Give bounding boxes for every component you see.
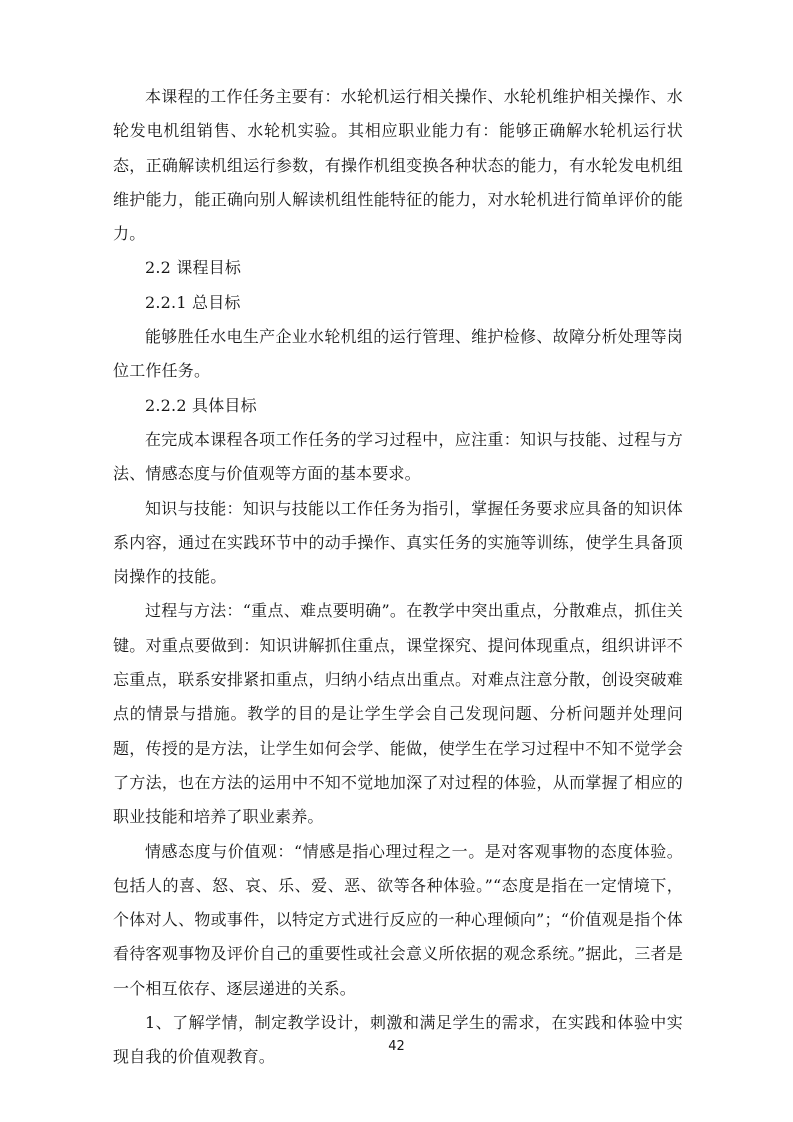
paragraph-knowledge-skills: 知识与技能：知识与技能以工作任务为指引，掌握任务要求应具备的知识体系内容，通过在… — [113, 492, 683, 595]
document-body: 本课程的工作任务主要有：水轮机运行相关操作、水轮机维护相关操作、水轮发电机组销售… — [113, 80, 683, 1075]
paragraph-learning-process: 在完成本课程各项工作任务的学习过程中，应注重：知识与技能、过程与方法、情感态度与… — [113, 423, 683, 492]
paragraph-process-method: 过程与方法：“重点、难点要明确”。在教学中突出重点，分散难点，抓住关键。对重点要… — [113, 594, 683, 834]
paragraph-emotion-values: 情感态度与价值观：“情感是指心理过程之一。是对客观事物的态度体验。包括人的喜、怒… — [113, 835, 683, 1006]
heading-general-objective: 2.2.1 总目标 — [113, 286, 683, 320]
page-number: 42 — [0, 1037, 793, 1057]
heading-specific-objectives: 2.2.2 具体目标 — [113, 389, 683, 423]
paragraph-course-tasks: 本课程的工作任务主要有：水轮机运行相关操作、水轮机维护相关操作、水轮发电机组销售… — [113, 80, 683, 251]
paragraph-general-objective: 能够胜任水电生产企业水轮机组的运行管理、维护检修、故障分析处理等岗位工作任务。 — [113, 320, 683, 389]
document-page: 本课程的工作任务主要有：水轮机运行相关操作、水轮机维护相关操作、水轮发电机组销售… — [0, 0, 793, 1122]
heading-course-objectives: 2.2 课程目标 — [113, 251, 683, 285]
